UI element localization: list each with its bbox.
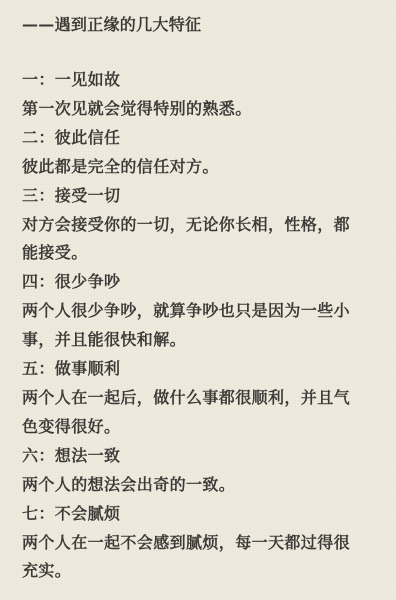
document-title: ——遇到正缘的几大特征 — [22, 11, 382, 39]
document: ——遇到正缘的几大特征 一：一见如故 第一次见就会觉得特别的熟悉。 二：彼此信任… — [22, 11, 382, 586]
section-heading: 七：不会腻烦 — [22, 500, 382, 529]
section-text: 彼此都是完全的信任对方。 — [22, 153, 382, 182]
section-text: 两个人在一起不会感到腻烦，每一天都过得很 — [22, 529, 382, 558]
section-text: 对方会接受你的一切，无论你长相，性格，都 — [22, 211, 382, 240]
section-1: 一：一见如故 第一次见就会觉得特别的熟悉。 — [22, 66, 382, 124]
section-5: 五：做事顺利 两个人在一起后，做什么事都很顺利，并且气 色变得很好。 — [22, 355, 382, 442]
section-text: 第一次见就会觉得特别的熟悉。 — [22, 95, 382, 124]
section-text: 两个人在一起后，做什么事都很顺利，并且气 — [22, 384, 382, 413]
section-text: 事，并且能很快和解。 — [22, 326, 382, 355]
section-3: 三：接受一切 对方会接受你的一切，无论你长相，性格，都 能接受。 — [22, 182, 382, 269]
section-4: 四：很少争吵 两个人很少争吵，就算争吵也只是因为一些小 事，并且能很快和解。 — [22, 268, 382, 355]
section-heading: 三：接受一切 — [22, 182, 382, 211]
section-6: 六：想法一致 两个人的想法会出奇的一致。 — [22, 442, 382, 500]
section-text: 两个人很少争吵，就算争吵也只是因为一些小 — [22, 297, 382, 326]
section-text: 能接受。 — [22, 239, 382, 268]
section-2: 二：彼此信任 彼此都是完全的信任对方。 — [22, 124, 382, 182]
section-heading: 六：想法一致 — [22, 442, 382, 471]
section-heading: 一：一见如故 — [22, 66, 382, 95]
section-heading: 二：彼此信任 — [22, 124, 382, 153]
section-heading: 五：做事顺利 — [22, 355, 382, 384]
section-text: 两个人的想法会出奇的一致。 — [22, 471, 382, 500]
section-7: 七：不会腻烦 两个人在一起不会感到腻烦，每一天都过得很 充实。 — [22, 500, 382, 587]
section-text: 充实。 — [22, 557, 382, 586]
section-text: 色变得很好。 — [22, 413, 382, 442]
section-heading: 四：很少争吵 — [22, 268, 382, 297]
